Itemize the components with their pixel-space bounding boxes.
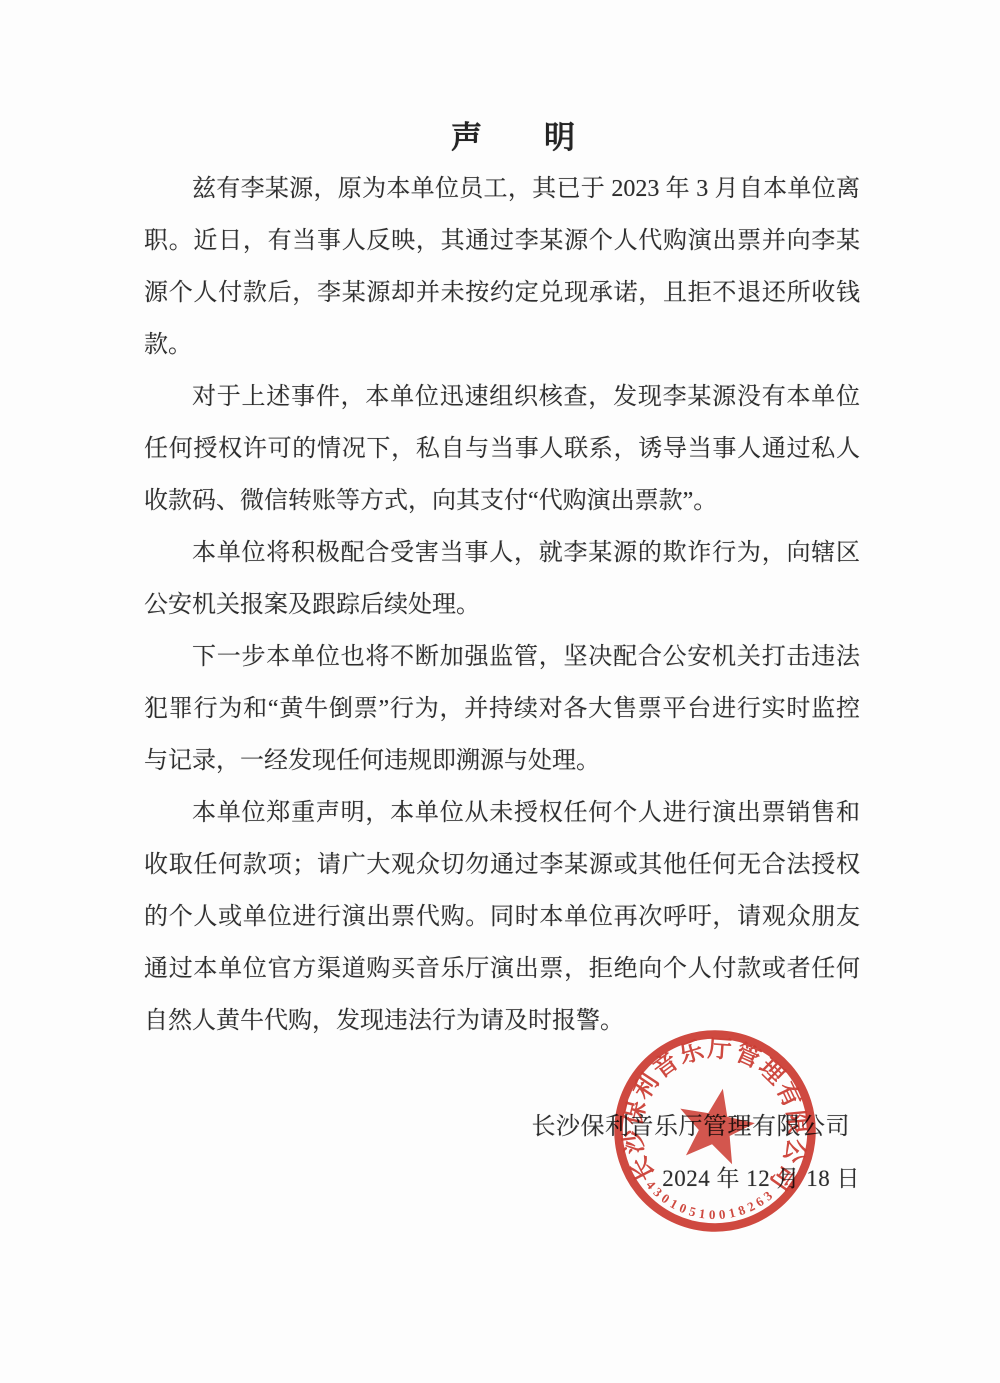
paragraph-3: 本单位将积极配合受害当事人，就李某源的欺诈行为，向辖区公安机关报案及跟踪后续处理…: [144, 527, 860, 631]
seal-star-icon: [672, 1081, 760, 1167]
document-body: 兹有李某源，原为本单位员工，其已于 2023 年 3 月自本单位离职。近日，有当…: [144, 163, 860, 1047]
paragraph-5: 本单位郑重声明，本单位从未授权任何个人进行演出票销售和收取任何款项；请广大观众切…: [144, 787, 860, 1047]
company-seal: 长沙保利音乐厅管理有限公司 43010510018263: [603, 1019, 827, 1243]
paragraph-2: 对于上述事件，本单位迅速组织核查，发现李某源没有本单位任何授权许可的情况下，私自…: [144, 371, 860, 527]
document-title: 声 明: [155, 112, 871, 157]
paragraph-4: 下一步本单位也将不断加强监管，坚决配合公安机关打击违法犯罪行为和“黄牛倒票”行为…: [144, 631, 860, 787]
paragraph-1: 兹有李某源，原为本单位员工，其已于 2023 年 3 月自本单位离职。近日，有当…: [144, 163, 860, 371]
document-page: 声 明 兹有李某源，原为本单位员工，其已于 2023 年 3 月自本单位离职。近…: [0, 0, 1000, 1383]
